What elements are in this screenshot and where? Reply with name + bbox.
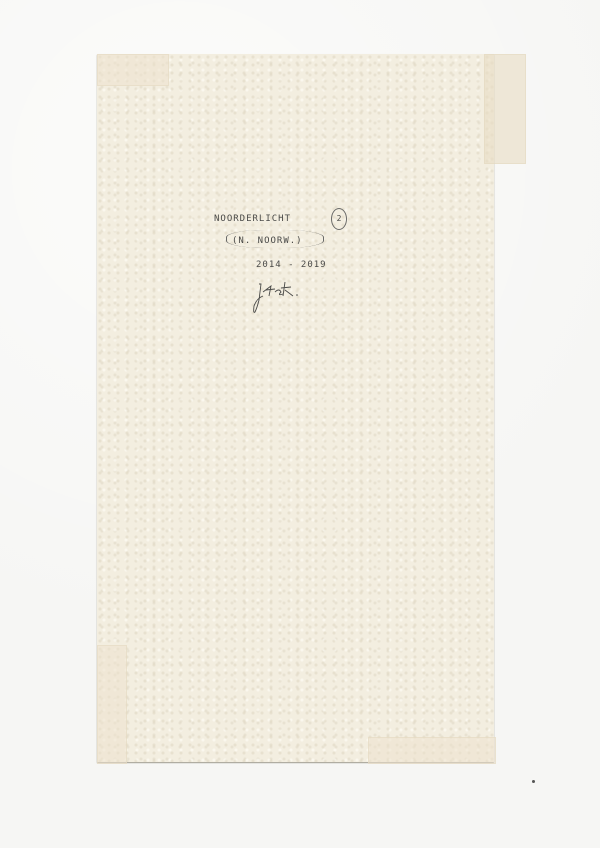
inscription-title: NOORDERLICHT	[214, 214, 291, 224]
tape-top-right	[484, 54, 526, 164]
speck	[532, 780, 535, 783]
tape-bottom-left	[97, 645, 127, 764]
inscription-years: 2014 - 2019	[256, 260, 327, 270]
signature-icon	[251, 278, 311, 316]
tape-bottom-right	[368, 737, 496, 764]
inscription-subtitle: (N. NOORW.)	[232, 236, 303, 246]
watercolor-paper-back	[97, 54, 494, 762]
tape-top-left	[97, 54, 169, 86]
inscription-number: 2	[331, 208, 347, 230]
